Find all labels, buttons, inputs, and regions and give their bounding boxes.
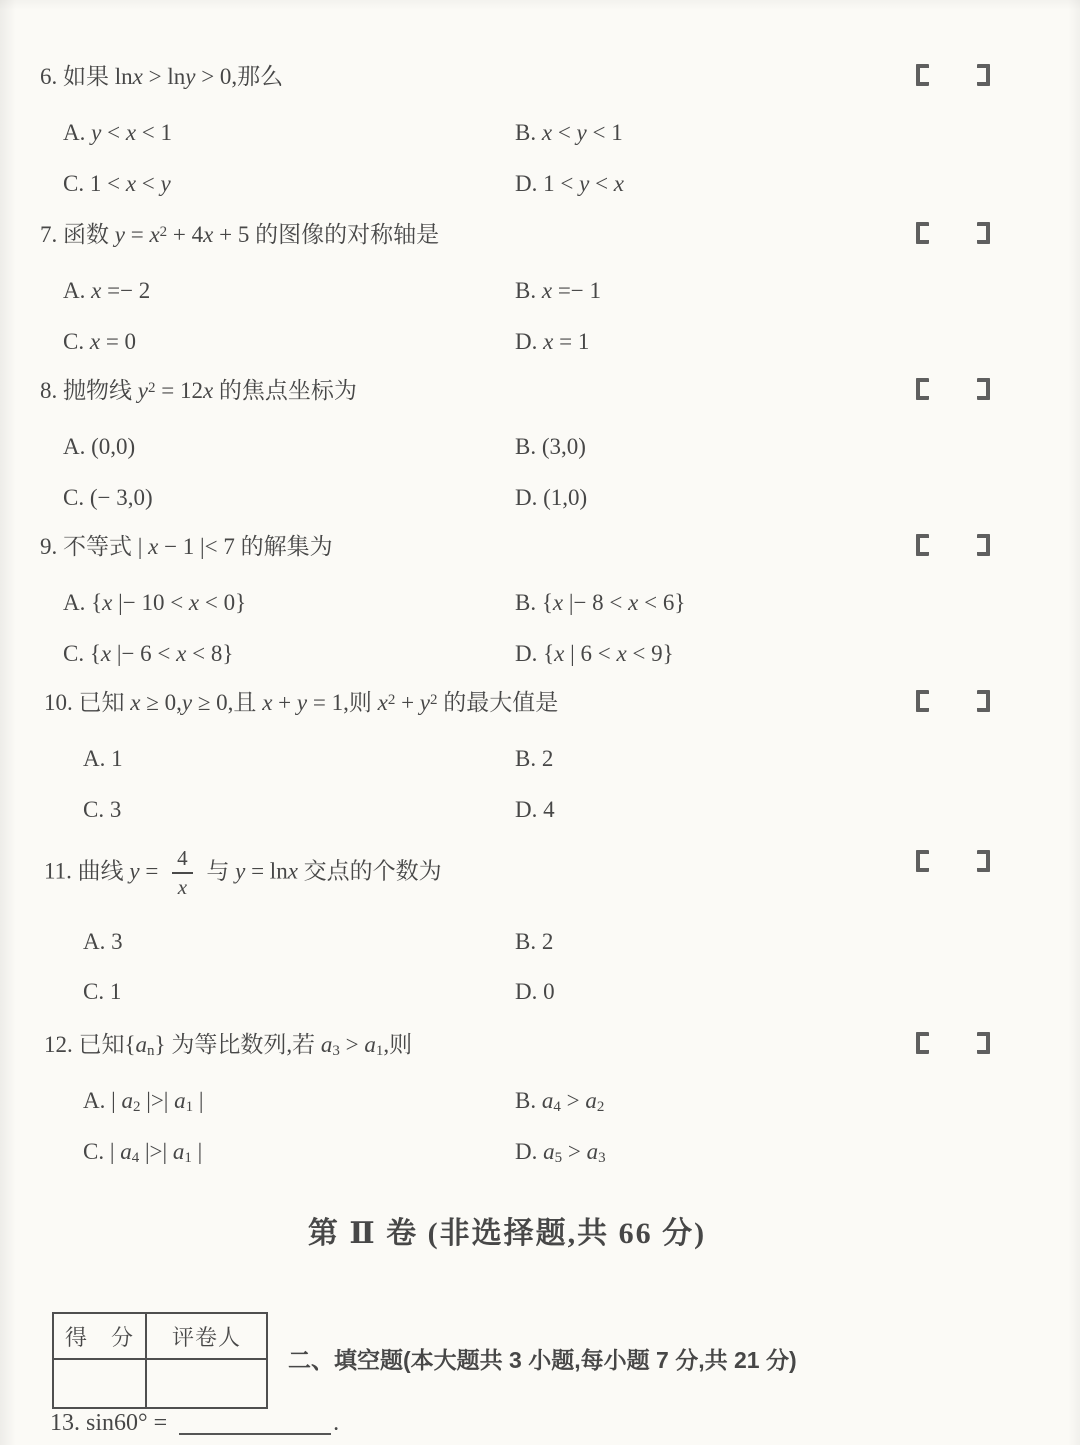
answer-bracket-open-icon: [916, 534, 929, 556]
question-11-option-c: C. 1: [83, 978, 121, 1006]
question-12-option-c: C. | a4 |>| a1 |: [83, 1138, 202, 1166]
question-7-option-b: B. x =− 1: [515, 277, 601, 305]
question-10-stem: 10. 已知 x ≥ 0,y ≥ 0,且 x + y = 1,则 x2 + y2…: [0, 688, 1014, 718]
answer-brackets: [916, 222, 990, 244]
answer-bracket-close-icon: [977, 534, 990, 556]
question-13-stem: 13. sin60° =: [50, 1410, 167, 1436]
answer-bracket-close-icon: [977, 64, 990, 86]
section-2-title: 第 Ⅱ 卷 (非选择题,共 66 分): [0, 1208, 1014, 1252]
question-11-option-d: D. 0: [515, 978, 555, 1006]
question-9-option-d: D. {x | 6 < x < 9}: [515, 640, 674, 668]
answer-brackets: [916, 850, 990, 872]
question-8-option-b: B. (3,0): [515, 433, 586, 461]
question-8-option-d: D. (1,0): [515, 484, 587, 512]
answer-bracket-close-icon: [977, 222, 990, 244]
question-9: 9. 不等式 | x − 1 |< 7 的解集为 A. {x |− 10 < x…: [0, 532, 1014, 562]
answer-bracket-open-icon: [916, 1032, 929, 1054]
question-12-option-b: B. a4 > a2: [515, 1087, 604, 1115]
score-header-cell: 得 分: [54, 1314, 147, 1360]
question-10-option-b: B. 2: [515, 745, 553, 773]
answer-bracket-open-icon: [916, 690, 929, 712]
grader-value-cell: [147, 1360, 266, 1407]
question-6-option-d: D. 1 < y < x: [515, 170, 624, 198]
answer-bracket-open-icon: [916, 850, 929, 872]
fill-in-section-heading: 二、填空题(本大题共 3 小题,每小题 7 分,共 21 分): [288, 1342, 797, 1375]
answer-brackets: [916, 534, 990, 556]
question-7: 7. 函数 y = x2 + 4x + 5 的图像的对称轴是 A. x =− 2…: [0, 220, 1014, 250]
answer-blank: [179, 1411, 331, 1435]
score-table: 得 分 评卷人: [52, 1312, 268, 1409]
question-8-option-c: C. (− 3,0): [63, 484, 153, 512]
question-10-option-d: D. 4: [515, 796, 555, 824]
question-10-option-c: C. 3: [83, 796, 121, 824]
score-value-cell: [54, 1360, 147, 1407]
question-7-option-a: A. x =− 2: [63, 277, 150, 305]
answer-brackets: [916, 690, 990, 712]
question-12-option-d: D. a5 > a3: [515, 1138, 606, 1166]
question-8-option-a: A. (0,0): [63, 433, 135, 461]
question-12-option-a: A. | a2 |>| a1 |: [83, 1087, 204, 1115]
answer-brackets: [916, 1032, 990, 1054]
grader-header-cell: 评卷人: [147, 1314, 266, 1360]
answer-brackets: [916, 64, 990, 86]
question-6-option-c: C. 1 < x < y: [63, 170, 171, 198]
question-10: 10. 已知 x ≥ 0,y ≥ 0,且 x + y = 1,则 x2 + y2…: [0, 688, 1014, 718]
answer-bracket-open-icon: [916, 222, 929, 244]
question-9-option-b: B. {x |− 8 < x < 6}: [515, 589, 685, 617]
question-9-option-a: A. {x |− 10 < x < 0}: [63, 589, 246, 617]
question-6: 6. 如果 lnx > lny > 0,那么 A. y < x < 1 B. x…: [0, 62, 1014, 92]
answer-bracket-close-icon: [977, 1032, 990, 1054]
question-8-stem: 8. 抛物线 y2 = 12x 的焦点坐标为: [0, 376, 1014, 406]
question-6-option-a: A. y < x < 1: [63, 119, 172, 147]
answer-brackets: [916, 378, 990, 400]
question-11-stem: 11. 曲线 y = 4x 与 y = lnx 交点的个数为: [0, 848, 1014, 898]
exam-paper-page: 6. 如果 lnx > lny > 0,那么 A. y < x < 1 B. x…: [0, 0, 1080, 1445]
question-6-stem: 6. 如果 lnx > lny > 0,那么: [0, 62, 1014, 92]
answer-bracket-open-icon: [916, 64, 929, 86]
question-6-option-b: B. x < y < 1: [515, 119, 623, 147]
answer-bracket-open-icon: [916, 378, 929, 400]
question-11-option-b: B. 2: [515, 928, 553, 956]
question-12-stem: 12. 已知{an} 为等比数列,若 a3 > a1,则: [0, 1030, 1014, 1060]
question-7-option-d: D. x = 1: [515, 328, 589, 356]
question-12: 12. 已知{an} 为等比数列,若 a3 > a1,则 A. | a2 |>|…: [0, 1030, 1014, 1060]
question-11-option-a: A. 3: [83, 928, 123, 956]
question-13-period: .: [333, 1410, 339, 1436]
question-10-option-a: A. 1: [83, 745, 123, 773]
answer-bracket-close-icon: [977, 850, 990, 872]
question-13: 13. sin60° =.: [50, 1410, 339, 1437]
question-8: 8. 抛物线 y2 = 12x 的焦点坐标为 A. (0,0) B. (3,0)…: [0, 376, 1014, 406]
question-7-stem: 7. 函数 y = x2 + 4x + 5 的图像的对称轴是: [0, 220, 1014, 250]
question-11: 11. 曲线 y = 4x 与 y = lnx 交点的个数为 A. 3 B. 2…: [0, 848, 1014, 898]
question-9-option-c: C. {x |− 6 < x < 8}: [63, 640, 233, 668]
question-9-stem: 9. 不等式 | x − 1 |< 7 的解集为: [0, 532, 1014, 562]
answer-bracket-close-icon: [977, 378, 990, 400]
answer-bracket-close-icon: [977, 690, 990, 712]
question-7-option-c: C. x = 0: [63, 328, 136, 356]
